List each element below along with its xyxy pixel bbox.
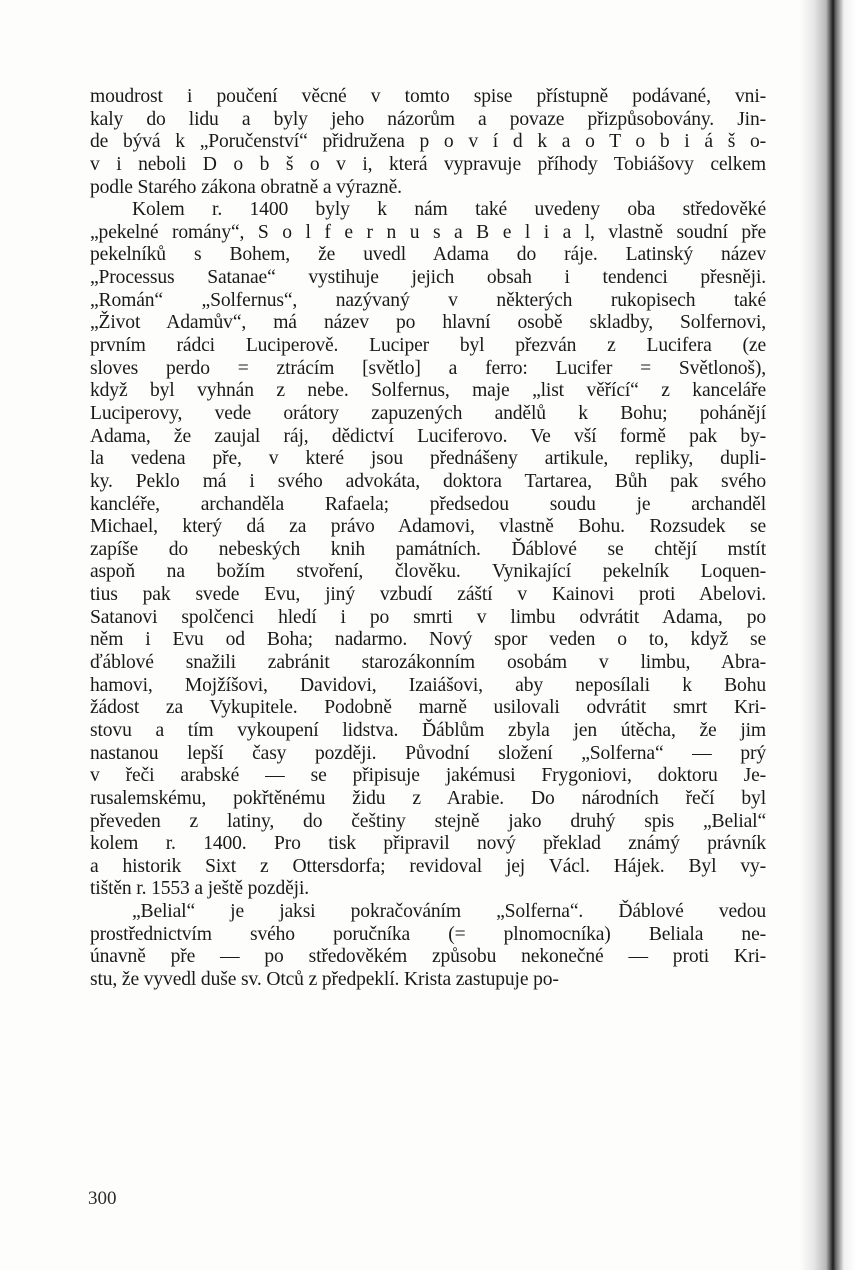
text-line: ky. Peklo má i svého advokáta, doktora T… bbox=[90, 471, 766, 494]
text-line: prostřednictvím svého poručníka (= plnom… bbox=[90, 924, 766, 947]
paragraph: „Belial“ je jaksi pokračováním „Solferna… bbox=[90, 901, 766, 992]
text-line: sloves perdo = ztrácím [světlo] a ferro:… bbox=[90, 358, 766, 381]
body-text: moudrost i poučení věcné v tomto spise p… bbox=[90, 86, 766, 992]
text-line: něm i Evu od Boha; nadarmo. Nový spor ve… bbox=[90, 629, 766, 652]
text-line: ďáblové snažili zabránit starozákonním o… bbox=[90, 652, 766, 675]
text-line: podle Starého zákona obratně a výrazně. bbox=[90, 177, 766, 200]
text-line: stovu a tím vykoupení lidstva. Ďáblům zb… bbox=[90, 720, 766, 743]
text-line: zapíše do nebeských knih památních. Ďábl… bbox=[90, 539, 766, 562]
text-line: prvním rádci Luciperově. Luciper byl pře… bbox=[90, 335, 766, 358]
text-line: Satanovi spolčenci hledí i po smrti v li… bbox=[90, 607, 766, 630]
book-page: moudrost i poučení věcné v tomto spise p… bbox=[0, 0, 856, 1270]
text-line: aspoň na božím stvoření, člověku. Vynika… bbox=[90, 561, 766, 584]
text-line: kaly do lidu a byly jeho názorům a povaz… bbox=[90, 109, 766, 132]
text-line: kancléře, archanděla Rafaela; předsedou … bbox=[90, 494, 766, 517]
text-line: „Belial“ je jaksi pokračováním „Solferna… bbox=[90, 901, 766, 924]
text-line: Michael, který dá za právo Adamovi, vlas… bbox=[90, 516, 766, 539]
text-line: tius pak svede Evu, jiný vzbudí záští v … bbox=[90, 584, 766, 607]
text-line: „pekelné romány“, S o l f e r n u s a B … bbox=[90, 222, 766, 245]
text-line: žádost za Vykupitele. Podobně marně usil… bbox=[90, 697, 766, 720]
text-line: Luciperovy, vede orátory zapuzených andě… bbox=[90, 403, 766, 426]
text-line: únavně pře — po středověkém způsobu neko… bbox=[90, 946, 766, 969]
paragraph: moudrost i poučení věcné v tomto spise p… bbox=[90, 86, 766, 199]
text-line: převeden z latiny, do češtiny stejně jak… bbox=[90, 811, 766, 834]
text-line: moudrost i poučení věcné v tomto spise p… bbox=[90, 86, 766, 109]
text-line: kolem r. 1400. Pro tisk připravil nový p… bbox=[90, 833, 766, 856]
page-number: 300 bbox=[88, 1188, 117, 1210]
text-line: v řeči arabské — se připisuje jakémusi F… bbox=[90, 765, 766, 788]
text-line: „Processus Satanae“ vystihuje jejich obs… bbox=[90, 267, 766, 290]
text-line: nastanou lepší časy později. Původní slo… bbox=[90, 743, 766, 766]
text-line: když byl vyhnán z nebe. Solfernus, maje … bbox=[90, 380, 766, 403]
text-line: v i neboli D o b š o v i, která vypravuj… bbox=[90, 154, 766, 177]
text-line: hamovi, Mojžíšovi, Davidovi, Izaiášovi, … bbox=[90, 675, 766, 698]
text-line: pekelníků s Bohem, že uvedl Adama do ráj… bbox=[90, 244, 766, 267]
text-line: de bývá k „Poručenství“ přidružena p o v… bbox=[90, 131, 766, 154]
text-line: la vedena pře, v které jsou přednášeny a… bbox=[90, 448, 766, 471]
text-line: tištěn r. 1553 a ještě později. bbox=[90, 878, 766, 901]
text-line: a historik Sixt z Ottersdorfa; revidoval… bbox=[90, 856, 766, 879]
binding-shadow bbox=[800, 0, 856, 1270]
text-line: „Život Adamův“, má název po hlavní osobě… bbox=[90, 312, 766, 335]
text-line: „Román“ „Solfernus“, nazývaný v některýc… bbox=[90, 290, 766, 313]
paragraph: Kolem r. 1400 byly k nám také uvedeny ob… bbox=[90, 199, 766, 901]
text-line: rusalemskému, pokřtěnému židu z Arabie. … bbox=[90, 788, 766, 811]
text-line: stu, že vyvedl duše sv. Otců z předpeklí… bbox=[90, 969, 766, 992]
text-line: Adama, že zaujal ráj, dědictví Luciferov… bbox=[90, 426, 766, 449]
text-line: Kolem r. 1400 byly k nám také uvedeny ob… bbox=[90, 199, 766, 222]
